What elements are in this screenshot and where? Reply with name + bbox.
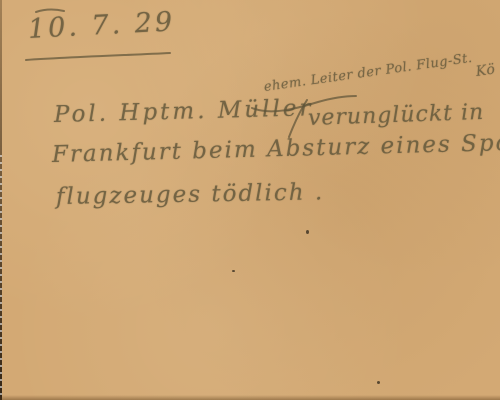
- scan-edge-bottom: [0, 395, 500, 400]
- paper-fleck: [377, 381, 380, 384]
- note-card: 10. 7. 29 ehem. Leiter der Pol. Flug-St.…: [0, 0, 500, 400]
- insertion-text-edge: Kö: [475, 61, 497, 80]
- body-line2: Frankfurt beim Absturz eines Sport-: [52, 129, 500, 168]
- body-line3: flugzeuges tödlich .: [56, 179, 325, 210]
- body-line1-rest: verunglückt in: [308, 100, 485, 131]
- date: 10. 7. 29: [27, 6, 176, 45]
- paper-fleck: [232, 270, 235, 272]
- paper-fleck: [306, 230, 309, 234]
- date-underline: [26, 53, 170, 60]
- body-line1-name: Pol. Hptm. Müller: [54, 95, 314, 128]
- insertion-text: ehem. Leiter der Pol. Flug-St.: [263, 51, 474, 95]
- scan-edge-left-dots: [0, 150, 2, 400]
